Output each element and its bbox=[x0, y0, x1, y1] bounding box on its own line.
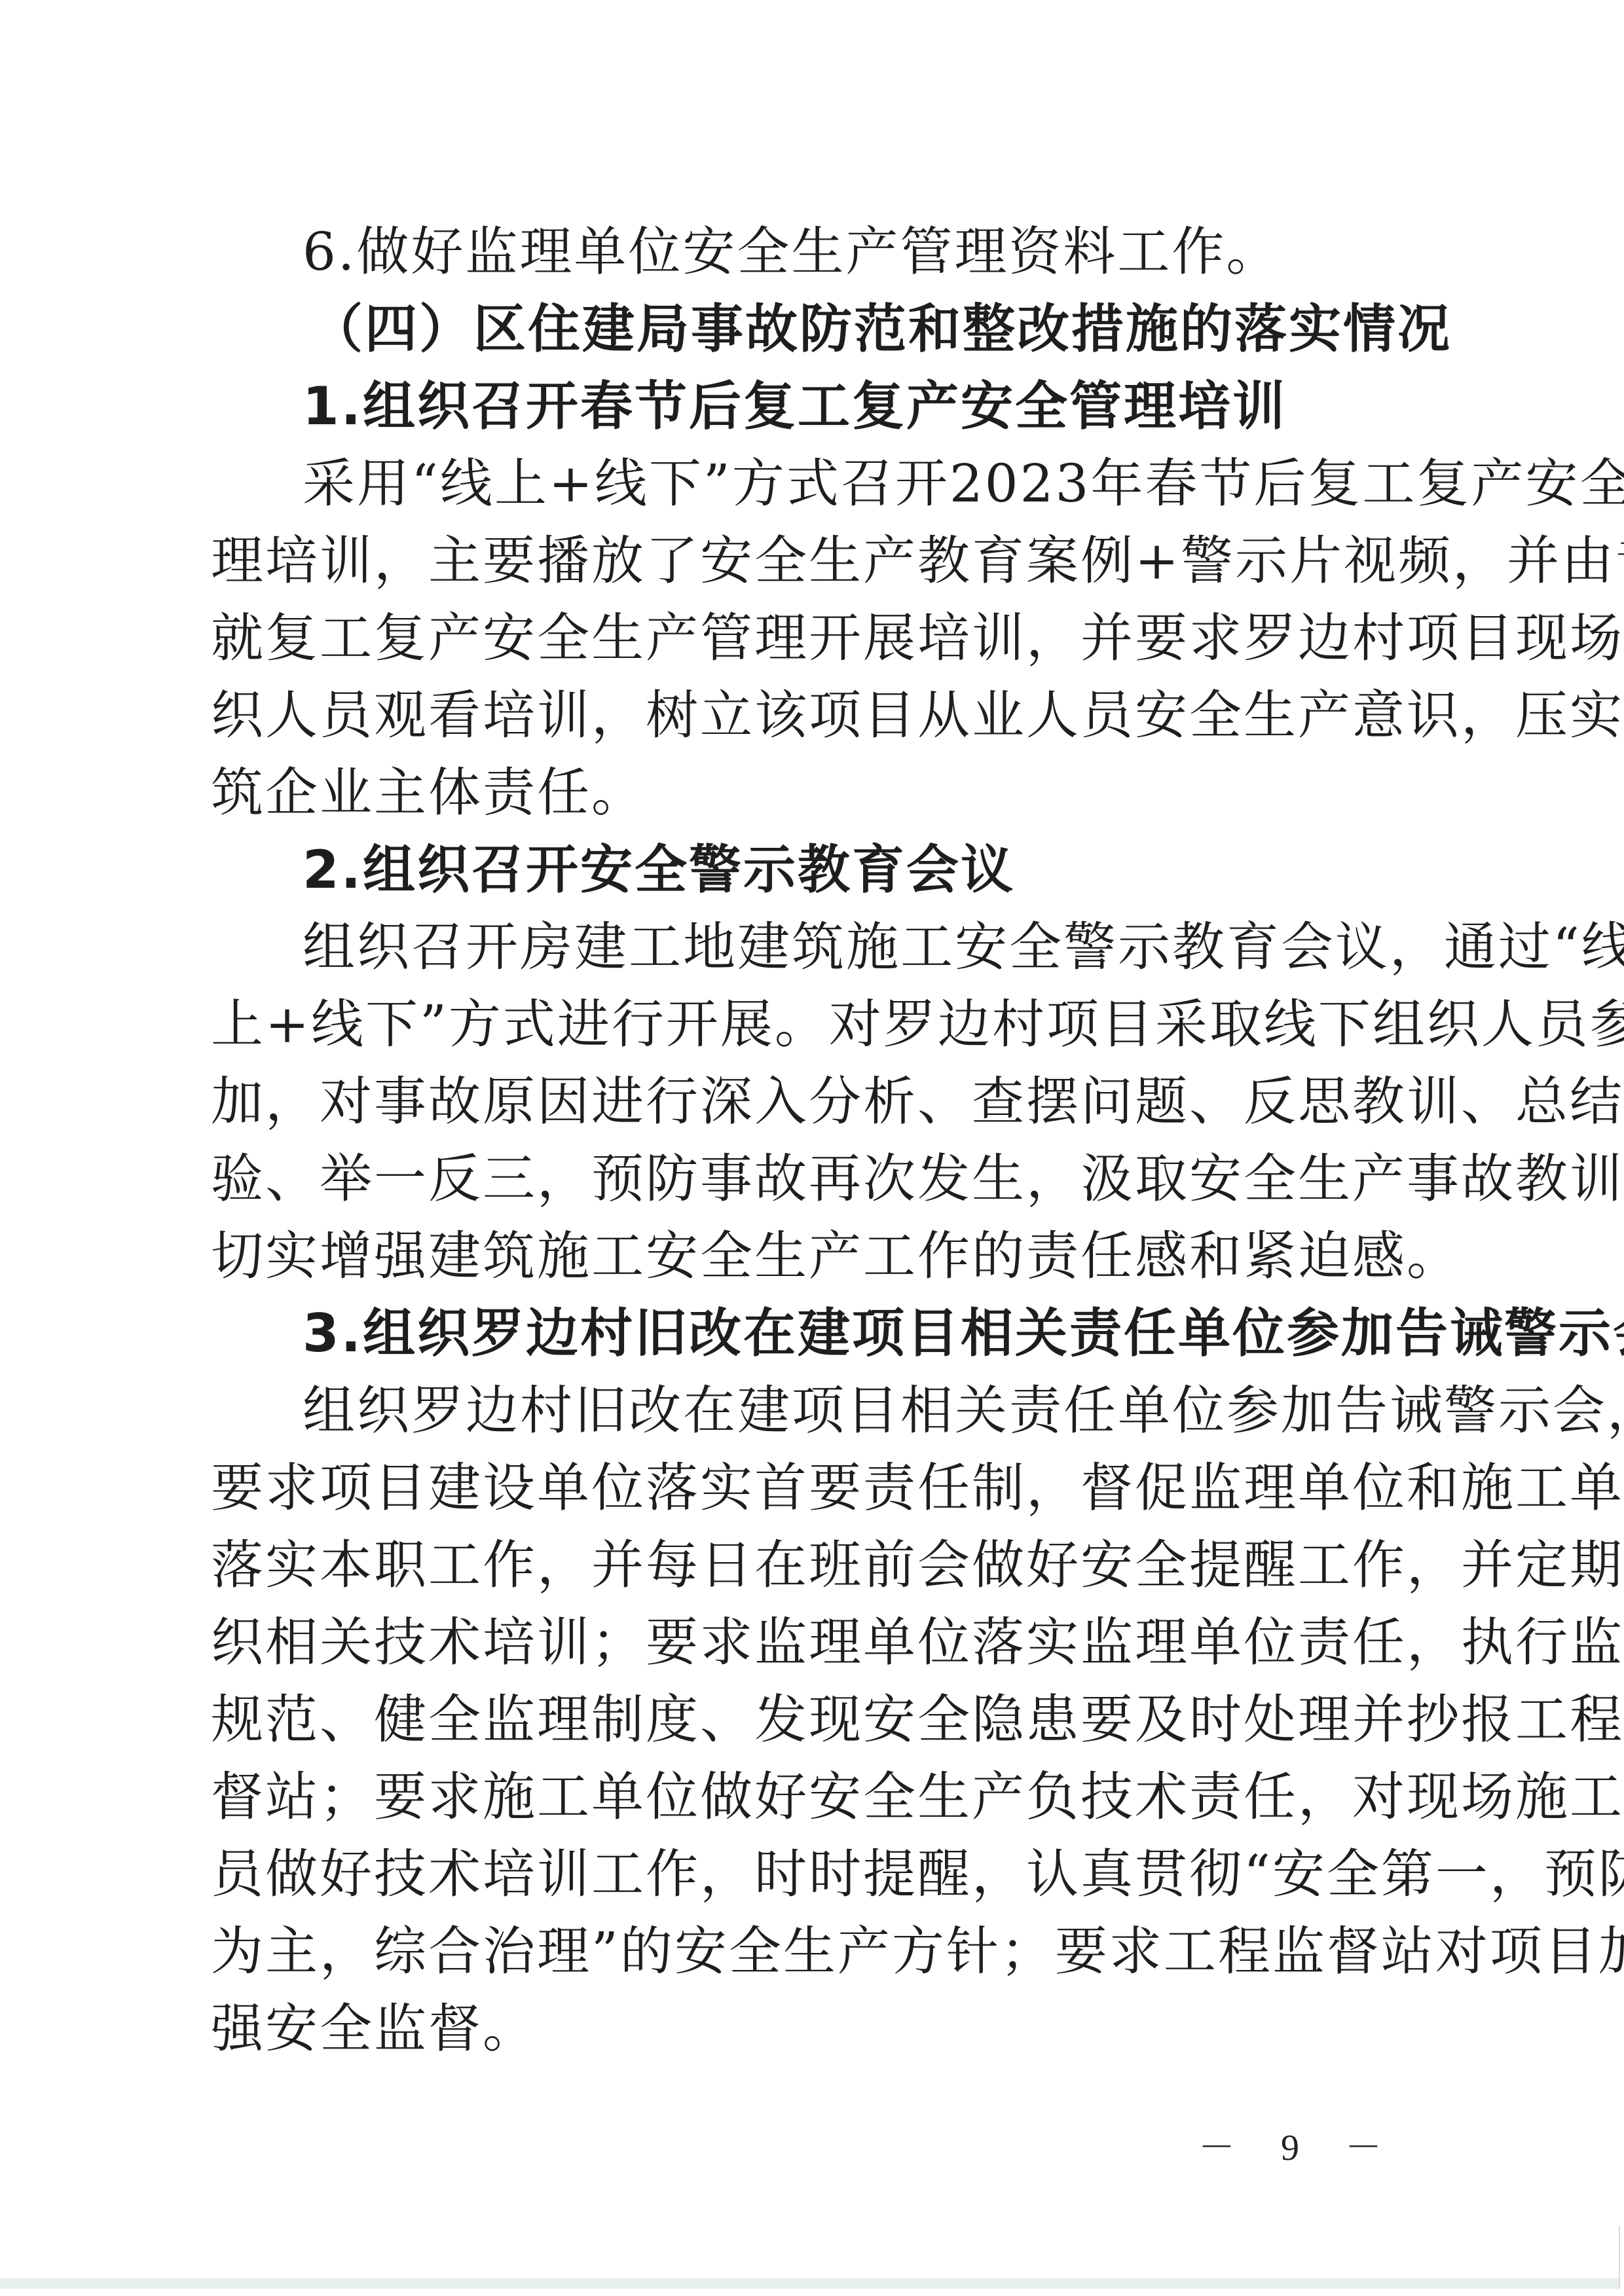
paragraph-line: 理培训，主要播放了安全生产教育案例+警示片视频，并由专家 bbox=[211, 522, 1424, 600]
paragraph-line: 员做好技术培训工作，时时提醒，认真贯彻“安全第一，预防 bbox=[211, 1836, 1424, 1913]
paragraph-line: 上+线下”方式进行开展。对罗边村项目采取线下组织人员参 bbox=[211, 986, 1424, 1063]
paragraph-line: 加，对事故原因进行深入分析、查摆问题、反思教训、总结经 bbox=[211, 1063, 1424, 1140]
paragraph-line: 就复工复产安全生产管理开展培训，并要求罗边村项目现场组 bbox=[211, 600, 1424, 677]
paragraph-line: 规范、健全监理制度、发现安全隐患要及时处理并抄报工程监 bbox=[211, 1681, 1424, 1758]
paragraph-line: 验、举一反三，预防事故再次发生，汲取安全生产事故教训， bbox=[211, 1140, 1424, 1218]
document-page: 6.做好监理单位安全生产管理资料工作。 （四）区住建局事故防范和整改措施的落实情… bbox=[0, 0, 1624, 2296]
paragraph-line: 强安全监督。 bbox=[211, 1990, 1424, 2068]
paragraph-line: 要求项目建设单位落实首要责任制，督促监理单位和施工单位 bbox=[211, 1449, 1424, 1527]
paragraph-line: 组织召开房建工地建筑施工安全警示教育会议，通过“线 bbox=[303, 909, 1424, 986]
paragraph-line: 采用“线上+线下”方式召开2023年春节后复工复产安全管 bbox=[303, 445, 1424, 522]
paragraph-line: 落实本职工作，并每日在班前会做好安全提醒工作，并定期组 bbox=[211, 1527, 1424, 1604]
paragraph-line: 督站；要求施工单位做好安全生产负技术责任，对现场施工人 bbox=[211, 1758, 1424, 1836]
section-heading-4: （四）区住建局事故防范和整改措施的落实情况 bbox=[310, 291, 1523, 368]
paragraph-line: 织相关技术培训；要求监理单位落实监理单位责任，执行监理 bbox=[211, 1604, 1424, 1681]
scan-edge-line bbox=[1619, 2226, 1620, 2289]
paragraph-line: 组织罗边村旧改在建项目相关责任单位参加告诫警示会， bbox=[303, 1372, 1424, 1449]
subheading-1: 1.组织召开春节后复工复产安全管理培训 bbox=[303, 368, 1424, 445]
subheading-3: 3.组织罗边村旧改在建项目相关责任单位参加告诫警示会 bbox=[303, 1295, 1424, 1372]
list-item-6: 6.做好监理单位安全生产管理资料工作。 bbox=[303, 213, 1424, 291]
paragraph-line: 筑企业主体责任。 bbox=[211, 754, 1424, 831]
subheading-2: 2.组织召开安全警示教育会议 bbox=[303, 831, 1424, 909]
paragraph-line: 织人员观看培训，树立该项目从业人员安全生产意识，压实建 bbox=[211, 677, 1424, 754]
scan-edge-band bbox=[0, 2278, 1619, 2289]
page-number: － 9 － bbox=[1198, 2119, 1400, 2171]
paragraph-line: 切实增强建筑施工安全生产工作的责任感和紧迫感。 bbox=[211, 1218, 1424, 1295]
paragraph-line: 为主，综合治理”的安全生产方针；要求工程监督站对项目加 bbox=[211, 1913, 1424, 1990]
